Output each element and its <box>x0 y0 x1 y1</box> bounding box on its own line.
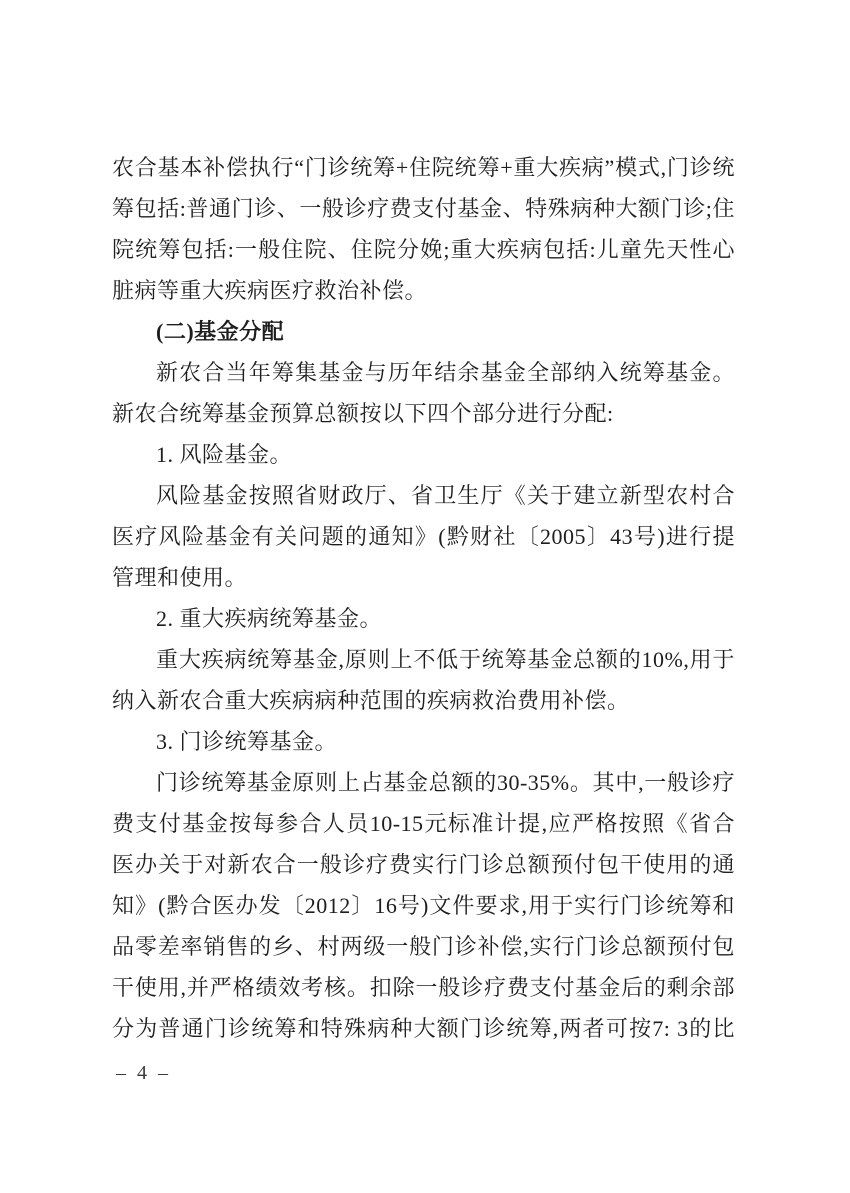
text-line: 院统筹包括:一般住院、住院分娩;重大疾病包括:儿童先天性心 <box>112 229 735 270</box>
text-line: 新农合统筹基金预算总额按以下四个部分进行分配: <box>112 393 735 434</box>
text-line: 门诊统筹基金原则上占基金总额的30-35%。其中,一般诊疗 <box>112 762 735 803</box>
text-line: 费支付基金按每参合人员10-15元标准计提,应严格按照《省合 <box>112 803 735 844</box>
text-line: 2. 重大疾病统筹基金。 <box>112 598 735 639</box>
page-number: – 4 – <box>116 1059 171 1087</box>
text-line: 筹包括:普通门诊、一般诊疗费支付基金、特殊病种大额门诊;住 <box>112 188 735 229</box>
text-line: 分为普通门诊统筹和特殊病种大额门诊统筹,两者可按7: 3的比 <box>112 1008 735 1049</box>
text-line: 1. 风险基金。 <box>112 434 735 475</box>
text-line: 纳入新农合重大疾病病种范围的疾病救治费用补偿。 <box>112 680 735 721</box>
text-line: 医疗风险基金有关问题的通知》(黔财社〔2005〕43号)进行提取、 <box>112 516 735 557</box>
document-page: 农合基本补偿执行“门诊统筹+住院统筹+重大疾病”模式,门诊统筹包括:普通门诊、一… <box>0 0 850 1193</box>
heading-line: (二)基金分配 <box>112 311 735 352</box>
text-line: 新农合当年筹集基金与历年结余基金全部纳入统筹基金。 <box>112 352 735 393</box>
document-body: 农合基本补偿执行“门诊统筹+住院统筹+重大疾病”模式,门诊统筹包括:普通门诊、一… <box>112 147 735 1049</box>
text-line: 风险基金按照省财政厅、省卫生厅《关于建立新型农村合作 <box>112 475 735 516</box>
text-line: 重大疾病统筹基金,原则上不低于统筹基金总额的10%,用于 <box>112 639 735 680</box>
text-line: 3. 门诊统筹基金。 <box>112 721 735 762</box>
text-line: 管理和使用。 <box>112 557 735 598</box>
text-line: 干使用,并严格绩效考核。扣除一般诊疗费支付基金后的剩余部 <box>112 967 735 1008</box>
text-line: 医办关于对新农合一般诊疗费实行门诊总额预付包干使用的通 <box>112 844 735 885</box>
text-line: 品零差率销售的乡、村两级一般门诊补偿,实行门诊总额预付包 <box>112 926 735 967</box>
text-line: 知》(黔合医办发〔2012〕16号)文件要求,用于实行门诊统筹和药 <box>112 885 735 926</box>
text-line: 脏病等重大疾病医疗救治补偿。 <box>112 270 735 311</box>
text-line: 农合基本补偿执行“门诊统筹+住院统筹+重大疾病”模式,门诊统 <box>112 147 735 188</box>
